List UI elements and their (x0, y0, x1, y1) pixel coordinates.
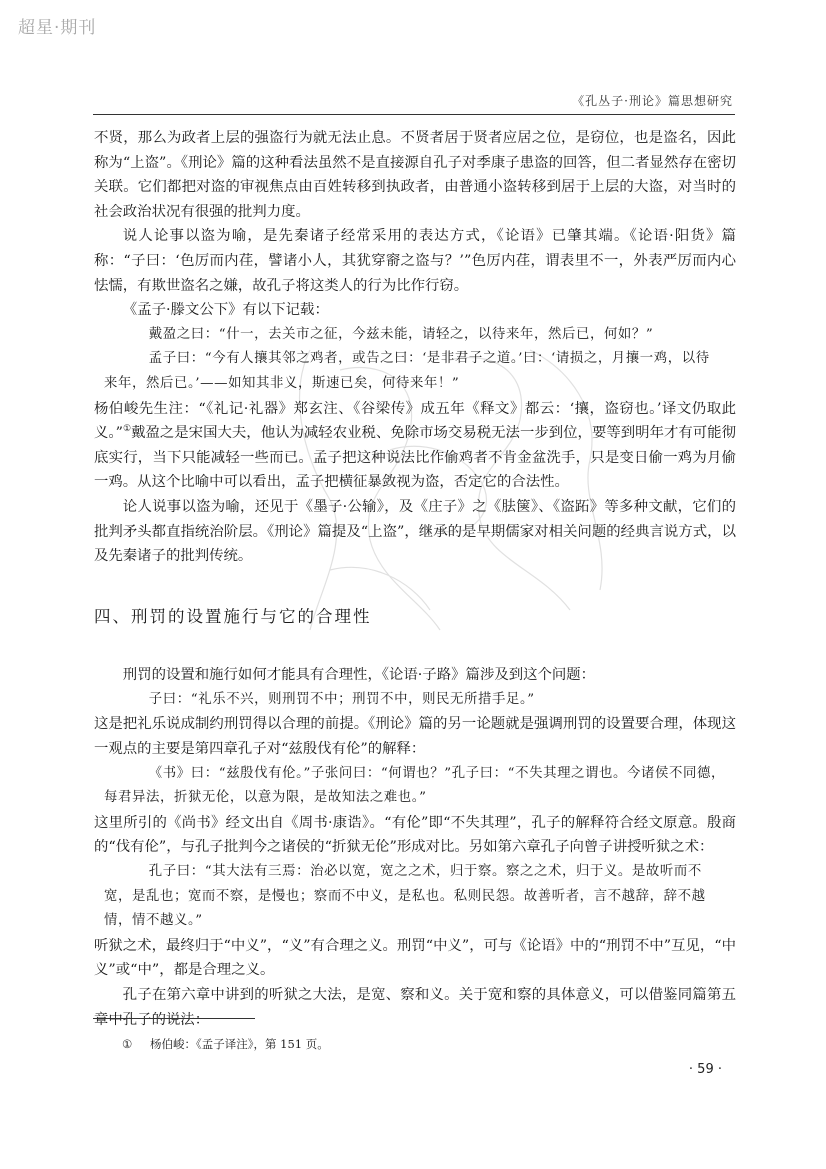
block-quote-continuation: 来年，然后已。’——如知其非义，斯速已矣，何待来年！” (94, 372, 736, 397)
page-number: · 59 · (689, 1062, 722, 1077)
footnote-rule (93, 1018, 255, 1019)
footnote-text: 杨伯峻：《孟子译注》，第 151 页。 (150, 1037, 329, 1051)
paragraph: 说人论事以盗为喻，是先秦诸子经常采用的表达方式，《论语》已肇其端。《论语·阳货》… (94, 224, 736, 298)
publisher-brand: 超星·期刊 (18, 13, 96, 38)
section-heading: 四、刑罚的设置施行与它的合理性 (94, 605, 736, 630)
footnote: ①杨伯峻：《孟子译注》，第 151 页。 (122, 1036, 329, 1052)
paragraph: 这是把礼乐说成制约刑罚得以合理的前提。《刑论》篇的另一论题就是强调刑罚的设置要合… (94, 712, 736, 761)
paragraph: 论人说事以盗为喻，还见于《墨子·公输》，及《庄子》之《胠箧》、《盗跖》等多种文献… (94, 495, 736, 569)
running-head: 《孔丛子·刑论》篇思想研究 (572, 92, 733, 109)
footnote-mark: ① (122, 1037, 150, 1051)
block-quote: 《书》曰：“兹殷伐有伦。”子张问曰：“何谓也？”孔子曰：“不失其理之谓也。今诸侯… (94, 762, 736, 787)
header-rule (93, 114, 735, 115)
paragraph-text-after: 戴盈之是宋国大夫，他认为减轻农业税、免除市场交易税无法一步到位，要等到明年才有可… (94, 425, 736, 490)
block-quote: 戴盈之曰：“什一，去关市之征，今兹未能，请轻之，以待来年，然后已，何如？” (94, 323, 736, 348)
footnote-ref[interactable]: ① (123, 424, 131, 434)
block-quote-continuation: 每君异法，折狱无伦，以意为限，是故知法之难也。” (94, 786, 736, 811)
block-quote-continuation: 情，情不越义。” (94, 909, 736, 934)
paragraph: 听狱之术，最终归于“中义”，“义”有合理之义。刑罚“中义”，可与《论语》中的“刑… (94, 934, 736, 983)
paragraph: 不贤，那么为政者上层的强盗行为就无法止息。不贤者居于贤者应居之位，是窃位，也是盗… (94, 126, 736, 224)
block-quote: 子曰：“礼乐不兴，则刑罚不中；刑罚不中，则民无所措手足。” (94, 688, 736, 713)
paragraph: 孔子在第六章中讲到的听狱之大法，是宽、察和义。关于宽和察的具体意义，可以借鉴同篇… (94, 983, 736, 1032)
block-quote: 孟子曰：“今有人攘其邻之鸡者，或告之曰：‘是非君子之道。’曰：‘请损之，月攘一鸡… (94, 347, 736, 372)
block-quote: 孔子曰：“其大法有三焉：治必以宽，宽之之术，归于察。察之之术，归于义。是故听而不 (94, 860, 736, 885)
paragraph: 刑罚的设置和施行如何才能具有合理性，《论语·子路》篇涉及到这个问题： (94, 663, 736, 688)
paragraph: 《孟子·滕文公下》有以下记载： (94, 298, 736, 323)
block-quote-continuation: 宽，是乱也；宽而不察，是慢也；察而不中义，是私也。私则民怨。故善听者，言不越辞，… (94, 885, 736, 910)
article-body: 不贤，那么为政者上层的强盗行为就无法止息。不贤者居于贤者应居之位，是窃位，也是盗… (94, 126, 736, 1032)
paragraph-with-footnote: 杨伯峻先生注：“《礼记·礼器》郑玄注、《谷梁传》成五年《释文》都云：‘攘，盗窃也… (94, 397, 736, 495)
paragraph: 这里所引的《尚书》经文出自《周书·康诰》。“有伦”即“不失其理”，孔子的解释符合… (94, 811, 736, 860)
